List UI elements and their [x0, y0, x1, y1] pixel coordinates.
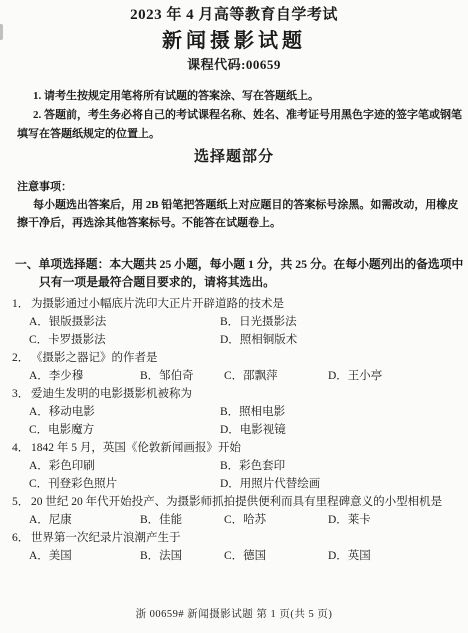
question-number: 3． — [12, 385, 31, 403]
paper-title: 新闻摄影试题 — [0, 29, 468, 53]
question-number: 2． — [12, 349, 31, 367]
option: B．日光摄影法 — [220, 313, 464, 331]
instruction-item: 2. 答题前，考生务必将自己的考试课程名称、姓名、准考证号用黑色字迹的签字笔或钢… — [17, 106, 466, 144]
exam-paper-page: 2023 年 4 月高等教育自学考试 新闻摄影试题 课程代码:00659 1. … — [0, 0, 468, 633]
question: 2．《摄影之器记》的作者是A．李少穆B．邹伯奇C．邵飘萍D．王小亭 — [12, 349, 464, 385]
option: C．邵飘萍 — [224, 367, 328, 385]
question-number: 1． — [12, 295, 31, 313]
question-stem: 1842 年 5 月，英国《伦敦新闻画报》开始 — [31, 439, 464, 457]
option: B．法国 — [140, 547, 224, 565]
question: 5．20 世纪 20 年代开始投产、为摄影师抓拍提供便利而具有里程碑意义的小型相… — [12, 493, 464, 529]
notes-label: 注意事项： — [17, 178, 466, 196]
option: B．照相电影 — [220, 403, 464, 421]
question-number: 5． — [12, 493, 31, 511]
option: D．电影视镜 — [220, 421, 464, 439]
option: A．银版摄影法 — [29, 313, 220, 331]
paper-header: 2023 年 4 月高等教育自学考试 新闻摄影试题 课程代码:00659 — [0, 0, 468, 72]
options: A．李少穆B．邹伯奇C．邵飘萍D．王小亭 — [12, 367, 464, 385]
general-instructions: 1. 请考生按规定用笔将所有试题的答案涂、写在答题纸上。2. 答题前，考生务必将… — [17, 87, 466, 144]
option: A．移动电影 — [29, 403, 220, 421]
option: A．彩色印刷 — [29, 457, 220, 475]
options: A．银版摄影法B．日光摄影法C．卡罗摄影法D．照相铜版术 — [12, 313, 464, 349]
course-code-line: 课程代码:00659 — [0, 57, 468, 72]
option: C．刊登彩色照片 — [29, 475, 220, 493]
option: B．邹伯奇 — [140, 367, 224, 385]
instruction-item: 1. 请考生按规定用笔将所有试题的答案涂、写在答题纸上。 — [17, 87, 466, 106]
question-stem-row: 5．20 世纪 20 年代开始投产、为摄影师抓拍提供便利而具有里程碑意义的小型相… — [12, 493, 464, 511]
question-stem-row: 3．爱迪生发明的电影摄影机被称为 — [12, 385, 464, 403]
notes-block: 注意事项： 每小题选出答案后，用 2B 铅笔把答题纸上对应题目的答案标号涂黑。如… — [17, 178, 466, 232]
question-stem: 20 世纪 20 年代开始投产、为摄影师抓拍提供便利而具有里程碑意义的小型相机是 — [31, 493, 464, 511]
option: A．美国 — [29, 547, 140, 565]
option: C．卡罗摄影法 — [29, 331, 220, 349]
question-stem-row: 4．1842 年 5 月，英国《伦敦新闻画报》开始 — [12, 439, 464, 457]
question-stem-row: 6．世界第一次纪录片浪潮产生于 — [12, 529, 464, 547]
option: D．英国 — [328, 547, 464, 565]
option: A．尼康 — [29, 511, 140, 529]
question-number: 4． — [12, 439, 31, 457]
question: 6．世界第一次纪录片浪潮产生于A．美国B．法国C．德国D．英国 — [12, 529, 464, 565]
exam-session-line: 2023 年 4 月高等教育自学考试 — [0, 7, 468, 24]
scan-artifact — [0, 24, 3, 40]
section-heading: 选择题部分 — [0, 149, 468, 166]
option: B．佳能 — [140, 511, 224, 529]
option: A．李少穆 — [29, 367, 140, 385]
options: A．彩色印刷B．彩色套印C．刊登彩色照片D．用照片代替绘画 — [12, 457, 464, 493]
question-number: 6． — [12, 529, 31, 547]
part-one-label: 一、 — [15, 257, 39, 271]
part-one-text: 单项选择题：本大题共 25 小题，每小题 1 分，共 25 分。在每小题列出的备… — [39, 257, 464, 289]
question-stem: 《摄影之器记》的作者是 — [31, 349, 464, 367]
option: C．电影魔方 — [29, 421, 220, 439]
question: 1．为摄影通过小幅底片洗印大正片开辟道路的技术是A．银版摄影法B．日光摄影法C．… — [12, 295, 464, 349]
option: C．哈苏 — [224, 511, 328, 529]
notes-body: 每小题选出答案后，用 2B 铅笔把答题纸上对应题目的答案标号涂黑。如需改动，用橡… — [17, 196, 466, 232]
option: D．莱卡 — [328, 511, 464, 529]
options: A．尼康B．佳能C．哈苏D．莱卡 — [12, 511, 464, 529]
option: D．用照片代替绘画 — [220, 475, 464, 493]
question: 3．爱迪生发明的电影摄影机被称为A．移动电影B．照相电影C．电影魔方D．电影视镜 — [12, 385, 464, 439]
option: B．彩色套印 — [220, 457, 464, 475]
option: D．王小亭 — [328, 367, 464, 385]
question-stem-row: 1．为摄影通过小幅底片洗印大正片开辟道路的技术是 — [12, 295, 464, 313]
option: C．德国 — [224, 547, 328, 565]
question-stem: 世界第一次纪录片浪潮产生于 — [31, 529, 464, 547]
option: D．照相铜版术 — [220, 331, 464, 349]
page-footer: 浙 00659# 新闻摄影试题 第 1 页(共 5 页) — [0, 606, 468, 621]
question-list: 1．为摄影通过小幅底片洗印大正片开辟道路的技术是A．银版摄影法B．日光摄影法C．… — [12, 295, 464, 565]
question-stem-row: 2．《摄影之器记》的作者是 — [12, 349, 464, 367]
options: A．移动电影B．照相电影C．电影魔方D．电影视镜 — [12, 403, 464, 439]
question-stem: 为摄影通过小幅底片洗印大正片开辟道路的技术是 — [31, 295, 464, 313]
question-stem: 爱迪生发明的电影摄影机被称为 — [31, 385, 464, 403]
options: A．美国B．法国C．德国D．英国 — [12, 547, 464, 565]
question: 4．1842 年 5 月，英国《伦敦新闻画报》开始A．彩色印刷B．彩色套印C．刊… — [12, 439, 464, 493]
part-one-intro: 一、单项选择题：本大题共 25 小题，每小题 1 分，共 25 分。在每小题列出… — [15, 255, 466, 291]
